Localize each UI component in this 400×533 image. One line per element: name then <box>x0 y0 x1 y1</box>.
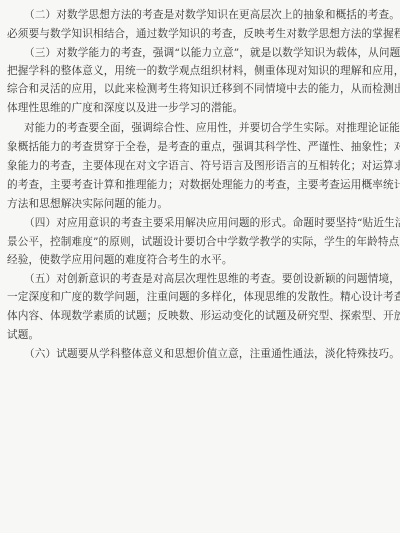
paragraph-line: 体理性思维的广度和深度以及进一步学习的潜能。 <box>0 102 400 114</box>
paragraph-line: （六）试题要从学科整体意义和思想价值立意，注重通性通法，淡化特殊技巧。要注意 <box>0 348 400 360</box>
paragraph-line: 象概括能力的考查贯穿于全卷，是考查的重点，强调其科学性、严谨性、抽象性；对空间想 <box>0 141 400 153</box>
paragraph-line: 对能力的考查要全面，强调综合性、应用性，并要切合学生实际。对推理论证能力和抽 <box>0 122 400 134</box>
document-page: （二）对数学思想方法的考查是对数学知识在更高层次上的抽象和概括的考查。考查时 必… <box>0 0 400 533</box>
paragraph-line: 象能力的考查，主要体现在对文字语言、符号语言及图形语言的互相转化；对运算求解能力 <box>0 160 400 172</box>
paragraph-line: 体内容、体现数学素质的试题；反映数、形运动变化的试题及研究型、探索型、开放型的 <box>0 310 400 322</box>
paragraph-line: 把握学科的整体意义，用统一的数学观点组织材料，侧重体现对知识的理解和应用，尤其是 <box>0 65 400 77</box>
paragraph-line: 试题。 <box>0 329 400 341</box>
paragraph-line: 方法和思想解决实际问题的能力。 <box>0 198 400 210</box>
paragraph-line: 一定深度和广度的数学问题，注重问题的多样化，体现思维的发散性。精心设计考查数学主 <box>0 291 400 303</box>
paragraph-line: 经验，使数学应用问题的难度符合考生的水平。 <box>0 254 400 266</box>
paragraph-line: （四）对应用意识的考查主要采用解决应用问题的形式。命题时要坚持“贴近生活，背 <box>0 217 400 229</box>
paragraph-line: 景公平，控制难度”的原则，试题设计要切合中学数学教学的实际，学生的年龄特点和实践 <box>0 236 400 248</box>
paragraph-line: 的考查，主要考查计算和推理能力；对数据处理能力的考查，主要考查运用概率统计的基本 <box>0 179 400 191</box>
paragraph-line: （二）对数学思想方法的考查是对数学知识在更高层次上的抽象和概括的考查。考查时 <box>0 9 400 21</box>
paragraph-line: 综合和灵活的应用，以此来检测考生将知识迁移到不同情境中去的能力，从而检测出考生个 <box>0 83 400 95</box>
paragraph-line: 必须要与数学知识相结合，通过数学知识的考查，反映考生对数学思想方法的掌握程度。 <box>0 28 400 40</box>
paragraph-line: （五）对创新意识的考查是对高层次理性思维的考查。要创设新颖的问题情境，构造有 <box>0 273 400 285</box>
paragraph-line: （三）对数学能力的考查，强调“以能力立意”，就是以数学知识为载体，从问题入手， <box>0 47 400 59</box>
